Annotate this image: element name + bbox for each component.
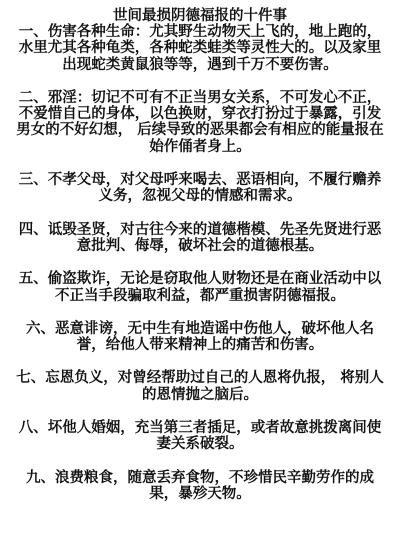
spacer	[0, 353, 400, 370]
item-line: 妻关系破裂。	[0, 436, 400, 452]
list-item-9: 九、浪费粮食，随意丢弃食物，不珍惜民辛勤劳作的成 果，暴殄天物。	[0, 470, 400, 503]
document-title: 世间最损阴德福报的十件事	[0, 8, 400, 24]
list-item-6: 六、恶意诽谤，无中生有地造谣中伤他人，破坏他人名 誉，给他人带来精神上的痛苦和伤…	[0, 321, 400, 354]
list-item-4: 四、诋毁圣贤，对古往今来的道德楷模、先圣先贤进行恶 意批判、侮辱，破坏社会的道德…	[0, 222, 400, 255]
list-item-8: 八、坏他人婚姻，充当第三者插足，或者故意挑拨离间使 妻关系破裂。	[0, 420, 400, 453]
item-line: 九、浪费粮食，随意丢弃食物，不珍惜民辛勤劳作的成	[0, 470, 400, 486]
spacer	[0, 304, 400, 321]
item-line: 四、诋毁圣贤，对古往今来的道德楷模、先圣先贤进行恶	[0, 222, 400, 238]
item-line: 一、伤害各种生命：尤其野生动物天上飞的，地上跑的，	[0, 24, 400, 40]
item-line: 水里尤其各种龟类，各种蛇类蛙类等灵性大的。以及家里	[0, 40, 400, 56]
list-item-2: 二、邪淫：切记不可有不正当男女关系，不可发心不正， 不爱惜自己的身体，以色换财，…	[0, 90, 400, 155]
spacer	[0, 205, 400, 222]
spacer	[0, 403, 400, 420]
item-line: 五、偷盗欺诈，无论是窃取他人财物还是在商业活动中以	[0, 271, 400, 287]
item-line: 七、忘恩负义，对曾经帮助过自己的人恩将仇报， 将别人	[0, 370, 400, 386]
item-line: 誉，给他人带来精神上的痛苦和伤害。	[0, 337, 400, 353]
spacer	[0, 155, 400, 172]
item-line: 二、邪淫：切记不可有不正当男女关系，不可发心不正，	[0, 90, 400, 106]
item-line: 不正当手段骗取利益，都严重损害阴德福报。	[0, 288, 400, 304]
list-item-3: 三、不孝父母，对父母呼来喝去、恶语相向，不履行赡养 义务，忽视父母的情感和需求。	[0, 172, 400, 205]
list-item-7: 七、忘恩负义，对曾经帮助过自己的人恩将仇报， 将别人 的恩情抛之脑后。	[0, 370, 400, 403]
spacer	[0, 73, 400, 90]
item-line: 六、恶意诽谤，无中生有地造谣中伤他人，破坏他人名	[0, 321, 400, 337]
list-item-1: 一、伤害各种生命：尤其野生动物天上飞的，地上跑的， 水里尤其各种龟类，各种蛇类蛙…	[0, 24, 400, 73]
item-line: 男女的不好幻想， 后续导致的恶果都会有相应的能量报在	[0, 122, 400, 138]
item-line: 义务，忽视父母的情感和需求。	[0, 188, 400, 204]
list-item-5: 五、偷盗欺诈，无论是窃取他人财物还是在商业活动中以 不正当手段骗取利益，都严重损…	[0, 271, 400, 304]
item-line: 三、不孝父母，对父母呼来喝去、恶语相向，不履行赡养	[0, 172, 400, 188]
item-line: 果，暴殄天物。	[0, 486, 400, 502]
spacer	[0, 453, 400, 470]
item-line: 的恩情抛之脑后。	[0, 387, 400, 403]
document: 世间最损阴德福报的十件事 一、伤害各种生命：尤其野生动物天上飞的，地上跑的， 水…	[0, 0, 400, 502]
item-line: 始作俑者身上。	[0, 139, 400, 155]
item-line: 意批判、侮辱，破坏社会的道德根基。	[0, 238, 400, 254]
item-line: 出现蛇类黄鼠狼等等，遇到千万不要伤害。	[0, 57, 400, 73]
spacer	[0, 254, 400, 271]
item-line: 八、坏他人婚姻，充当第三者插足，或者故意挑拨离间使	[0, 420, 400, 436]
item-line: 不爱惜自己的身体，以色换财，穿衣打扮过于暴露，引发	[0, 106, 400, 122]
